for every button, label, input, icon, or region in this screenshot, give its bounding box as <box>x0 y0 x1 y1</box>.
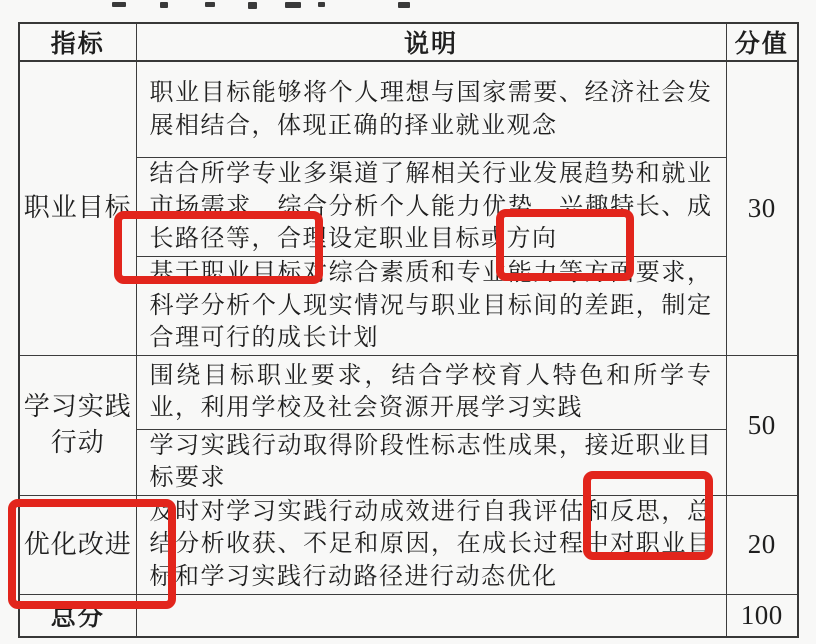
column-header-indicator: 指标 <box>19 23 136 61</box>
description-learning-practice-2: 学习实践行动取得阶段性标志性成果，接近职业目标要求 <box>136 429 726 495</box>
table-row: 学习实践行动取得阶段性标志性成果，接近职业目标要求 <box>19 429 798 495</box>
indicator-learning-practice: 学习实践行动 <box>19 355 136 495</box>
table-row: 学习实践行动 围绕目标职业要求，结合学校育人特色和所学专业，利用学校及社会资源开… <box>19 355 798 429</box>
indicator-optimization: 优化改进 <box>19 495 136 594</box>
total-score: 100 <box>726 594 798 637</box>
description-career-goal-3: 基于职业目标对综合素质和专业能力等方面要求，科学分析个人现实情况与职业目标间的差… <box>136 257 726 356</box>
table-row: 优化改进 及时对学习实践行动成效进行自我评估和反思，总结分析收获、不足和原因，在… <box>19 495 798 594</box>
column-header-description: 说明 <box>136 23 726 61</box>
table-row: 结合所学专业多渠道了解相关行业发展趋势和就业市场需求，综合分析个人能力优势、兴趣… <box>19 158 798 257</box>
score-optimization: 20 <box>726 495 798 594</box>
column-header-score: 分值 <box>726 23 798 61</box>
total-label: 总分 <box>19 594 136 637</box>
score-career-goal: 30 <box>726 61 798 355</box>
scanned-document: 指标 说明 分值 职业目标 职业目标能够将个人理想与国家需要、经济社会发展相结合… <box>0 0 816 644</box>
description-career-goal-2: 结合所学专业多渠道了解相关行业发展趋势和就业市场需求，综合分析个人能力优势、兴趣… <box>136 158 726 257</box>
table-row: 基于职业目标对综合素质和专业能力等方面要求，科学分析个人现实情况与职业目标间的差… <box>19 257 798 356</box>
description-career-goal-1: 职业目标能够将个人理想与国家需要、经济社会发展相结合，体现正确的择业就业观念 <box>136 61 726 158</box>
table-row: 职业目标 职业目标能够将个人理想与国家需要、经济社会发展相结合，体现正确的择业就… <box>19 61 798 158</box>
table-header-row: 指标 说明 分值 <box>19 23 798 61</box>
description-learning-practice-1: 围绕目标职业要求，结合学校育人特色和所学专业，利用学校及社会资源开展学习实践 <box>136 355 726 429</box>
scoring-rubric-table: 指标 说明 分值 职业目标 职业目标能够将个人理想与国家需要、经济社会发展相结合… <box>18 22 799 638</box>
total-description-empty <box>136 594 726 637</box>
total-row: 总分 100 <box>19 594 798 637</box>
indicator-career-goal: 职业目标 <box>19 61 136 355</box>
score-learning-practice: 50 <box>726 355 798 495</box>
description-optimization-1: 及时对学习实践行动成效进行自我评估和反思，总结分析收获、不足和原因，在成长过程中… <box>136 495 726 594</box>
